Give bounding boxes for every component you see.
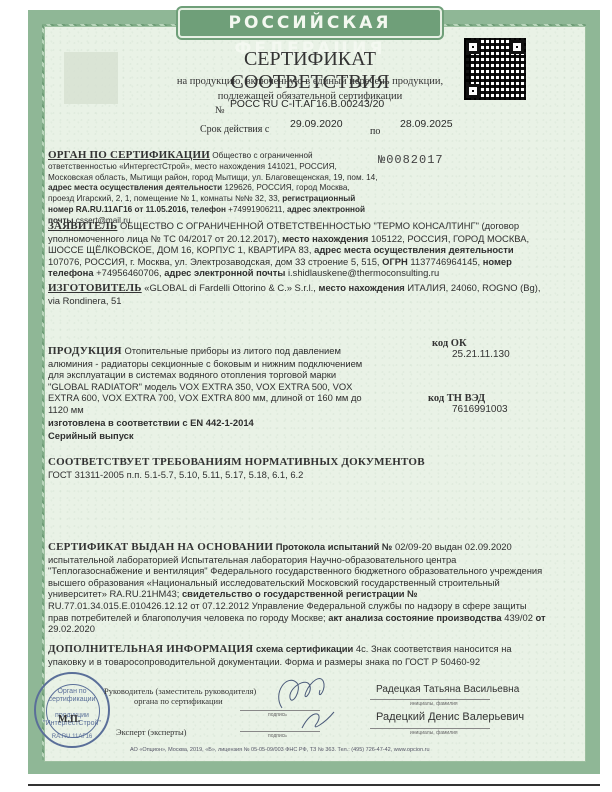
manufacturer-bold: место нахождения: [319, 282, 405, 293]
expert-name: Радецкий Денис Валерьевич: [376, 711, 524, 723]
printer-footer: АО «Опцион», Москва, 2019, «Б», лицензия…: [130, 747, 430, 753]
qr-code-icon[interactable]: [464, 38, 526, 100]
product-section: ПРОДУКЦИЯ Отопительные приборы из литого…: [48, 345, 378, 442]
head-name: Радецкая Татьяна Васильевна: [376, 684, 519, 695]
applicant-phone: +74956460706,: [96, 267, 161, 278]
ok-code: 25.21.11.130: [452, 349, 510, 360]
head-signature-icon: [262, 668, 352, 738]
stamp-ring-text: RA.RU.11АГ16: [36, 734, 108, 740]
standards-section: СООТВЕТСТВУЕТ ТРЕБОВАНИЯМ НОРМАТИВНЫХ ДО…: [48, 457, 548, 480]
stamp-text: сертификации: [36, 696, 108, 703]
page-edge: [28, 784, 600, 786]
tnved-code-label: код ТН ВЭД: [428, 393, 485, 404]
blank-number: №0082017: [378, 153, 444, 167]
applicant-bold: адрес электронной почты: [164, 267, 285, 278]
watermark-emblem: [64, 52, 118, 104]
valid-to-label: по: [370, 126, 380, 137]
basis-section: СЕРТИФИКАТ ВЫДАН НА ОСНОВАНИИ Протокола …: [48, 541, 548, 635]
applicant-bold: место нахождения: [282, 233, 368, 244]
basis-act-date: 29.02.2020: [48, 623, 95, 634]
certificate-number: РОСС RU С-IT.АГ16.В.00243/20: [230, 98, 384, 110]
basis-bold: свидетельство о государственной регистра…: [182, 588, 418, 599]
basis-bold: акт анализа состояние производства: [328, 612, 501, 623]
official-stamp: Орган по сертификации продукции "Интерге…: [34, 672, 110, 748]
product-series: Серийный выпуск: [48, 430, 378, 442]
applicant-bold: ОГРН: [382, 256, 408, 267]
ok-code-label: код ОК: [432, 338, 467, 349]
certification-body-label: ОРГАН ПО СЕРТИФИКАЦИИ: [48, 149, 210, 161]
head-label-line-1: Руководитель (заместитель руководителя): [104, 686, 256, 696]
product-standard: изготовлена в соответствии с EN 442-1-20…: [48, 417, 378, 429]
applicant-text: 107076, РОССИЯ, г. Москва, ул. Электроза…: [48, 256, 380, 267]
certification-body-bold: адрес места осуществления деятельности: [48, 183, 222, 192]
basis-label: СЕРТИФИКАТ ВЫДАН НА ОСНОВАНИИ: [48, 541, 273, 553]
additional-info-label: ДОПОЛНИТЕЛЬНАЯ ИНФОРМАЦИЯ: [48, 643, 253, 655]
subtitle-line-1: на продукцию, включенную в единый перече…: [150, 74, 470, 89]
additional-info-bold: схема сертификации: [256, 643, 353, 654]
applicant-ogrn: 1137746964145,: [410, 256, 480, 267]
head-label: Руководитель (заместитель руководителя) …: [104, 686, 256, 706]
manufacturer-text: «GLOBAL di Fardelli Ottorino & C.» S.r.l…: [144, 282, 316, 293]
applicant-label: ЗАЯВИТЕЛЬ: [48, 220, 117, 232]
basis-act-number: 439/02: [504, 612, 533, 623]
signature-caption: подпись: [268, 733, 287, 739]
product-label: ПРОДУКЦИЯ: [48, 345, 122, 357]
tnved-code: 7616991003: [452, 404, 508, 415]
expert-label: Эксперт (эксперты): [116, 727, 187, 737]
initials-caption: инициалы, фамилия: [410, 701, 458, 707]
initials-caption: инициалы, фамилия: [410, 730, 458, 736]
validity-label: Срок действия с: [200, 124, 269, 135]
signature-caption: подпись: [268, 712, 287, 718]
manufacturer-section: ИЗГОТОВИТЕЛЬ «GLOBAL di Fardelli Ottorin…: [48, 282, 548, 306]
valid-to-date: 28.09.2025: [400, 118, 453, 130]
seal-place-label: М.П.: [58, 714, 80, 725]
country-banner: РОССИЙСКАЯ ФЕДЕРАЦИЯ: [178, 8, 442, 38]
certification-body-section: ОРГАН ПО СЕРТИФИКАЦИИ Общество с огранич…: [48, 150, 378, 227]
applicant-email: i.shidlauskene@thermoconsulting.ru: [288, 267, 439, 278]
manufacturer-label: ИЗГОТОВИТЕЛЬ: [48, 282, 142, 294]
certification-body-phone: +74991906211,: [228, 205, 285, 214]
standards-text: ГОСТ 31311-2005 п.п. 5.1-5.7, 5.10, 5.11…: [48, 469, 548, 481]
standards-label: СООТВЕТСТВУЕТ ТРЕБОВАНИЯМ НОРМАТИВНЫХ ДО…: [48, 457, 548, 469]
head-label-line-2: органа по сертификации: [104, 696, 256, 706]
applicant-section: ЗАЯВИТЕЛЬ ОБЩЕСТВО С ОГРАНИЧЕННОЙ ОТВЕТС…: [48, 220, 548, 279]
basis-bold: от: [536, 612, 546, 623]
additional-info-section: ДОПОЛНИТЕЛЬНАЯ ИНФОРМАЦИЯ схема сертифик…: [48, 643, 548, 667]
valid-from-date: 29.09.2020: [290, 118, 343, 130]
applicant-bold: адрес места осуществления деятельности: [314, 244, 513, 255]
stamp-text: Орган по: [36, 688, 108, 695]
basis-bold: Протокола испытаний №: [276, 541, 393, 552]
number-label: №: [215, 105, 225, 116]
